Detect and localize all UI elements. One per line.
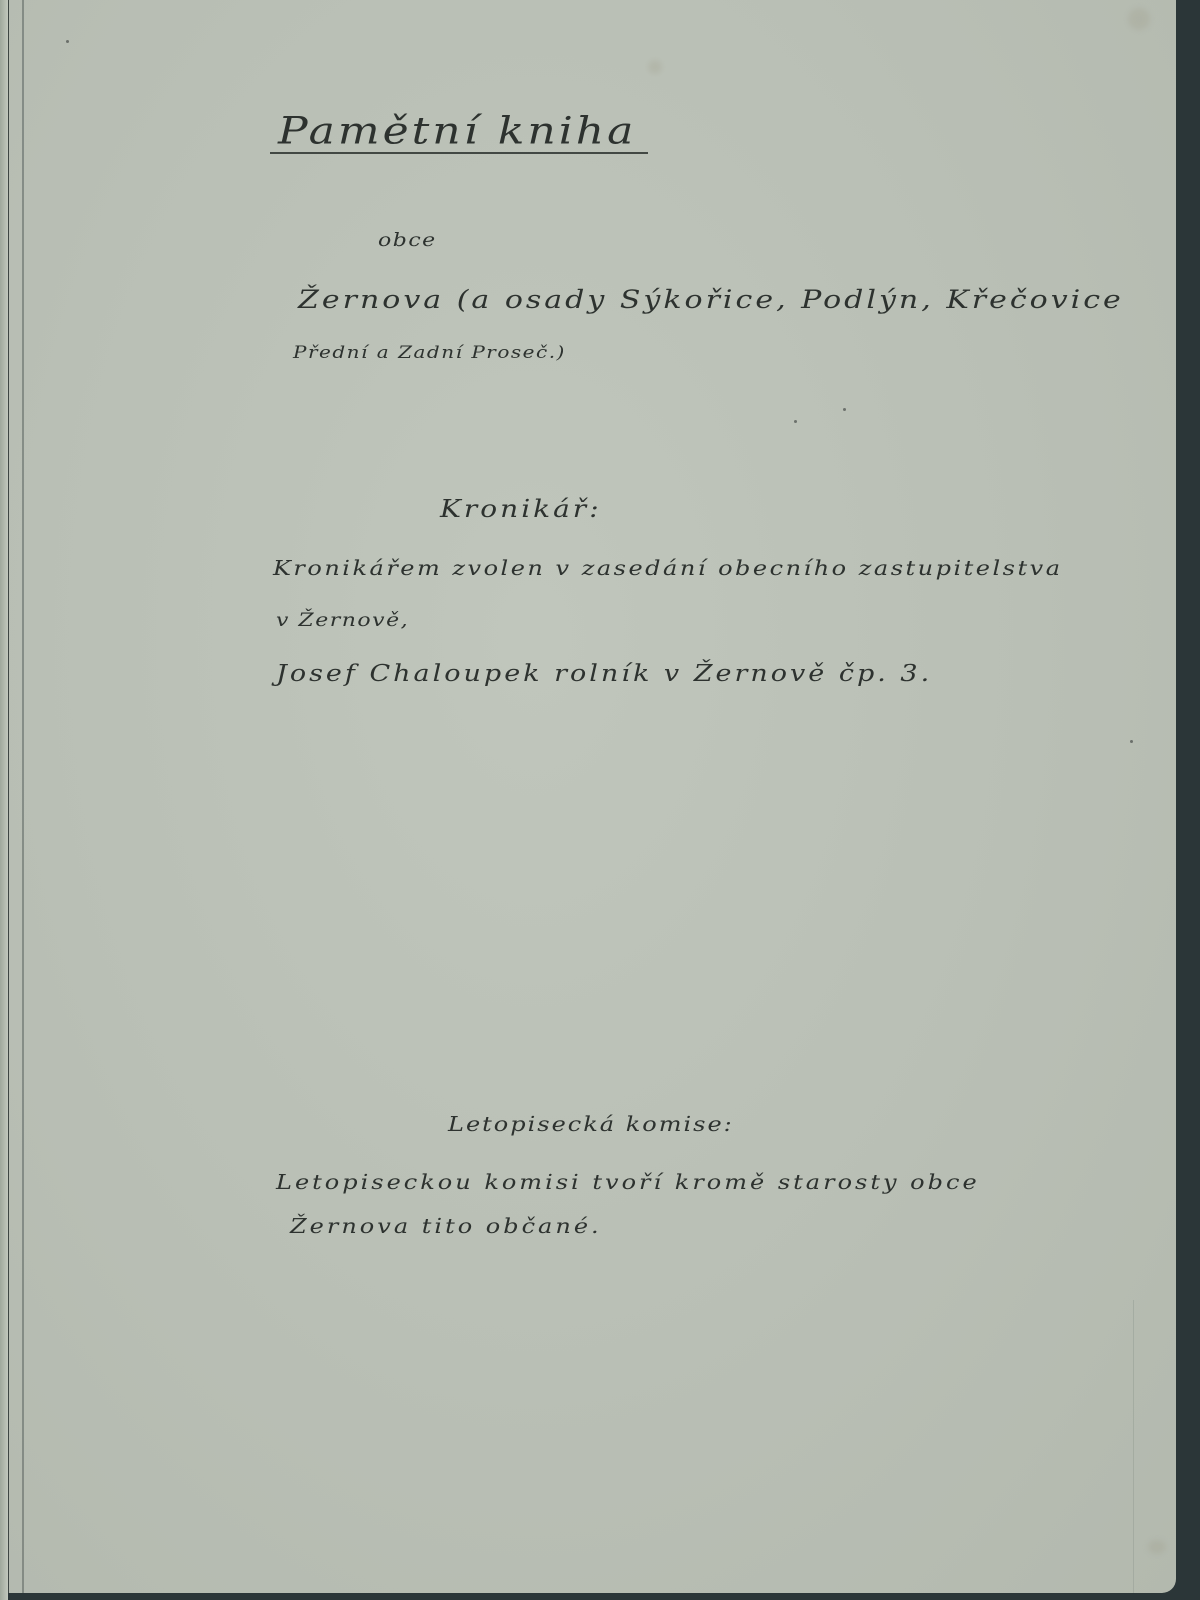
document-title: Pamětní kniha bbox=[278, 110, 636, 153]
paper-speck bbox=[843, 408, 846, 411]
binding-line bbox=[22, 0, 24, 1593]
paper-speck bbox=[1130, 740, 1133, 743]
subtitle-prefix: obce bbox=[378, 230, 437, 251]
committee-paragraph-line-1: Letopiseckou komisi tvoří kromě starosty… bbox=[276, 1170, 980, 1194]
chronicler-heading: Kronikář: bbox=[440, 495, 602, 523]
committee-paragraph-line-2: Žernova tito občané. bbox=[290, 1214, 602, 1238]
paper-stain bbox=[648, 60, 662, 74]
scanned-page-view: Pamětní kniha obce Žernova (a osady Sýko… bbox=[0, 0, 1200, 1600]
paper-stain bbox=[1128, 8, 1150, 30]
committee-heading: Letopisecká komise: bbox=[448, 1112, 734, 1136]
page-fold-line bbox=[1133, 1300, 1134, 1593]
title-underline bbox=[270, 152, 648, 154]
paper-stain bbox=[1148, 1540, 1166, 1554]
chronicler-paragraph-line-1: Kronikářem zvolen v zasedání obecního za… bbox=[273, 556, 1063, 580]
village-line: Žernova (a osady Sýkořice, Podlýn, Křečo… bbox=[298, 285, 1124, 315]
village-line-continued: Přední a Zadní Proseč.) bbox=[293, 342, 566, 362]
chronicler-name-line: Josef Chaloupek rolník v Žernově čp. 3. bbox=[276, 661, 932, 687]
document-page: Pamětní kniha obce Žernova (a osady Sýko… bbox=[8, 0, 1176, 1593]
paper-speck bbox=[794, 420, 797, 423]
book-spine-edge bbox=[0, 0, 8, 1600]
paper-speck bbox=[66, 40, 69, 43]
chronicler-paragraph-line-2: v Žernově, bbox=[276, 610, 409, 631]
